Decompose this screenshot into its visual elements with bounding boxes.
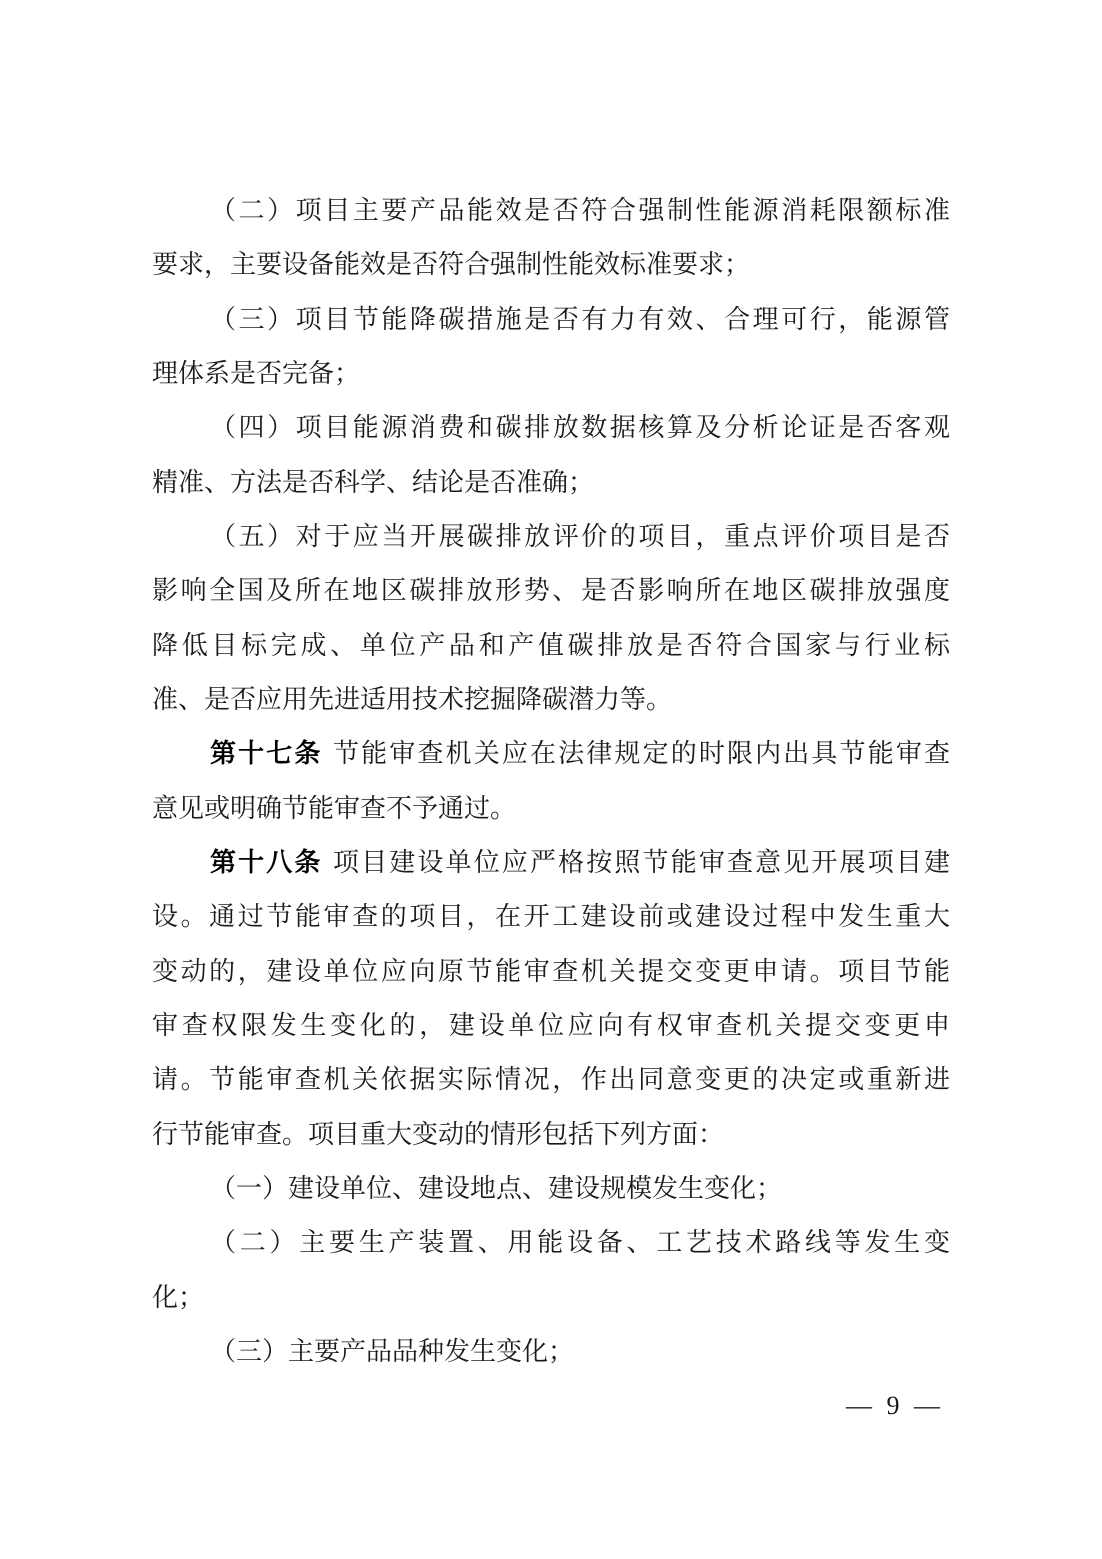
text-line: 化；: [152, 1278, 950, 1318]
text-line: 审查权限发生变化的，建设单位应向有权审查机关提交变更申: [152, 1006, 950, 1046]
text-line: 影响全国及所在地区碳排放形势、是否影响所在地区碳排放强度: [152, 571, 950, 611]
text-line: 降低目标完成、单位产品和产值碳排放是否符合国家与行业标: [152, 626, 950, 666]
article-18-label: 第十八条: [210, 848, 323, 878]
text-line: 要求，主要设备能效是否符合强制性能效标准要求；: [152, 245, 950, 285]
page-number: — 9 —: [846, 1386, 946, 1426]
document-page: （二）项目主要产品能效是否符合强制性能源消耗限额标准 要求，主要设备能效是否符合…: [0, 0, 1102, 1559]
article-18-heading-line: 第十八条 项目建设单位应严格按照节能审查意见开展项目建: [210, 843, 950, 883]
text-line: （二）项目主要产品能效是否符合强制性能源消耗限额标准: [210, 191, 950, 231]
text-line: 精准、方法是否科学、结论是否准确；: [152, 463, 950, 503]
text-line: （四）项目能源消费和碳排放数据核算及分析论证是否客观: [210, 408, 950, 448]
text-line: （三）主要产品品种发生变化；: [210, 1332, 950, 1372]
text-line: （一）建设单位、建设地点、建设规模发生变化；: [210, 1169, 950, 1209]
text-line: （三）项目节能降碳措施是否有力有效、合理可行，能源管: [210, 300, 950, 340]
text-line: 理体系是否完备；: [152, 354, 950, 394]
text-line: （二）主要生产装置、用能设备、工艺技术路线等发生变: [210, 1223, 950, 1263]
article-17-heading-line: 第十七条 节能审查机关应在法律规定的时限内出具节能审查: [210, 734, 950, 774]
text-line: 设。通过节能审查的项目，在开工建设前或建设过程中发生重大: [152, 897, 950, 937]
text-line: 变动的，建设单位应向原节能审查机关提交变更申请。项目节能: [152, 952, 950, 992]
article-17-label: 第十七条: [210, 739, 323, 769]
text-line: 意见或明确节能审查不予通过。: [152, 789, 950, 829]
text-line: 准、是否应用先进适用技术挖掘降碳潜力等。: [152, 680, 950, 720]
text-line: 行节能审查。项目重大变动的情形包括下列方面：: [152, 1115, 950, 1155]
text-line: 请。节能审查机关依据实际情况，作出同意变更的决定或重新进: [152, 1060, 950, 1100]
text-line: （五）对于应当开展碳排放评价的项目，重点评价项目是否: [210, 517, 950, 557]
